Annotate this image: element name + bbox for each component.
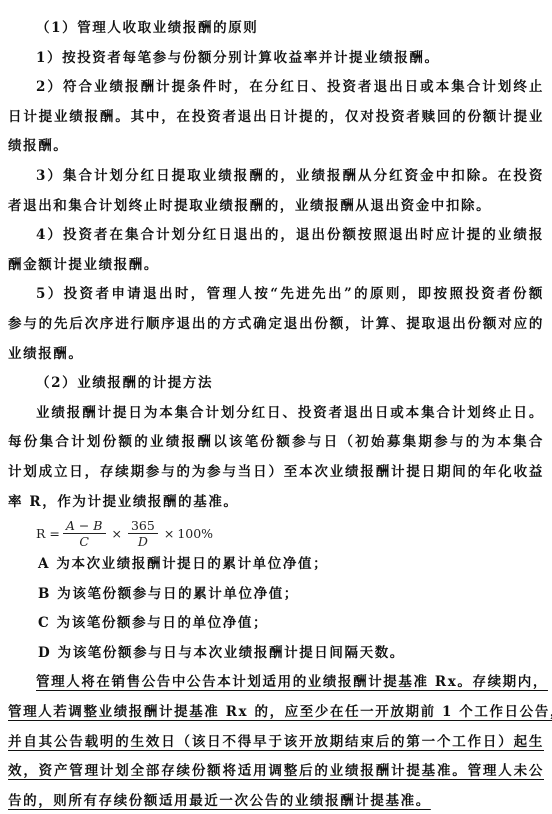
rule-3-line-1: 3）集合计划分红日提取业绩报酬的，业绩报酬从分红资金中扣除。在投资	[0, 162, 552, 192]
fraction-1-denominator: C	[79, 534, 89, 548]
rule-3-line-2: 者退出和集合计划终止时提取业绩报酬的，业绩报酬从退出资金中扣除。	[0, 192, 552, 222]
definition-c: C 为该笔份额参与日的单位净值；	[0, 609, 552, 639]
rule-2-line-2: 日计提业绩报酬。其中，在投资者退出日计提的，仅对投资者赎回的份额计提业	[0, 103, 552, 133]
times-sign-1: ×	[112, 526, 122, 541]
rule-2-line-3: 绩报酬。	[0, 132, 552, 162]
notice-line-4: 效，资产管理计划全部存续份额将适用调整后的业绩报酬计提基准。管理人未公	[0, 757, 552, 787]
notice-line-3: 并自其公告载明的生效日（该日不得早于该开放期结束后的第一个工作日）起生	[0, 728, 552, 758]
rule-2-line-1: 2）符合业绩报酬计提条件时，在分红日、投资者退出日或本集合计划终止	[0, 73, 552, 103]
times-sign-2: ×	[164, 526, 174, 541]
rule-4-line-2: 酬金额计提业绩报酬。	[0, 251, 552, 281]
definition-a: A 为本次业绩报酬计提日的累计单位净值；	[0, 550, 552, 580]
rule-1: 1）按投资者每笔参与份额分别计算收益率并计提业绩报酬。	[0, 44, 552, 74]
fraction-2: 365 D	[128, 519, 158, 548]
notice-line-5: 告的，则所有存续份额适用最近一次公告的业绩报酬计提基准。	[0, 787, 552, 814]
rule-4-line-1: 4）投资者在集合计划分红日退出的，退出份额按照退出时应计提的业绩报	[0, 221, 552, 251]
section-heading-1: （1）管理人收取业绩报酬的原则	[0, 14, 552, 44]
definition-d: D 为该笔份额参与日与本次业绩报酬计提日间隔天数。	[0, 639, 552, 669]
fraction-2-denominator: D	[138, 534, 148, 548]
notice-line-2: 管理人若调整业绩报酬计提基准 Rx 的，应至少在任一开放期前 1 个工作日公告，	[0, 698, 552, 728]
formula-lhs: R =	[36, 526, 60, 541]
rule-5-line-2: 参与的先后次序进行顺序退出的方式确定退出份额，计算、提取退出份额对应的	[0, 310, 552, 340]
rule-5-line-1: 5）投资者申请退出时，管理人按“先进先出”的原则，即按照投资者份额	[0, 280, 552, 310]
method-line-3: 计划成立日，存续期参与的为参与当日）至本次业绩报酬计提日期间的年化收益	[0, 458, 552, 488]
formula-percent: 100%	[177, 526, 213, 541]
fraction-1: A − B C	[63, 519, 106, 548]
return-rate-formula: R = A − B C × 365 D × 100%	[0, 517, 552, 550]
method-line-2: 每份集合计划份额的业绩报酬以该笔份额参与日（初始募集期参与的为本集合	[0, 428, 552, 458]
fraction-1-numerator: A − B	[63, 519, 106, 534]
method-line-1: 业绩报酬计提日为本集合计划分红日、投资者退出日或本集合计划终止日。	[0, 399, 552, 429]
notice-line-1: 管理人将在销售公告中公告本计划适用的业绩报酬计提基准 Rx。存续期内，	[0, 668, 552, 698]
definition-b: B 为该笔份额参与日的累计单位净值；	[0, 580, 552, 610]
method-line-4: 率 R，作为计提业绩报酬的基准。	[0, 488, 552, 518]
section-heading-2: （2）业绩报酬的计提方法	[0, 369, 552, 399]
fraction-2-numerator: 365	[128, 519, 158, 534]
document-page: （1）管理人收取业绩报酬的原则 1）按投资者每笔参与份额分别计算收益率并计提业绩…	[0, 14, 552, 814]
rule-5-line-3: 业绩报酬。	[0, 340, 552, 370]
